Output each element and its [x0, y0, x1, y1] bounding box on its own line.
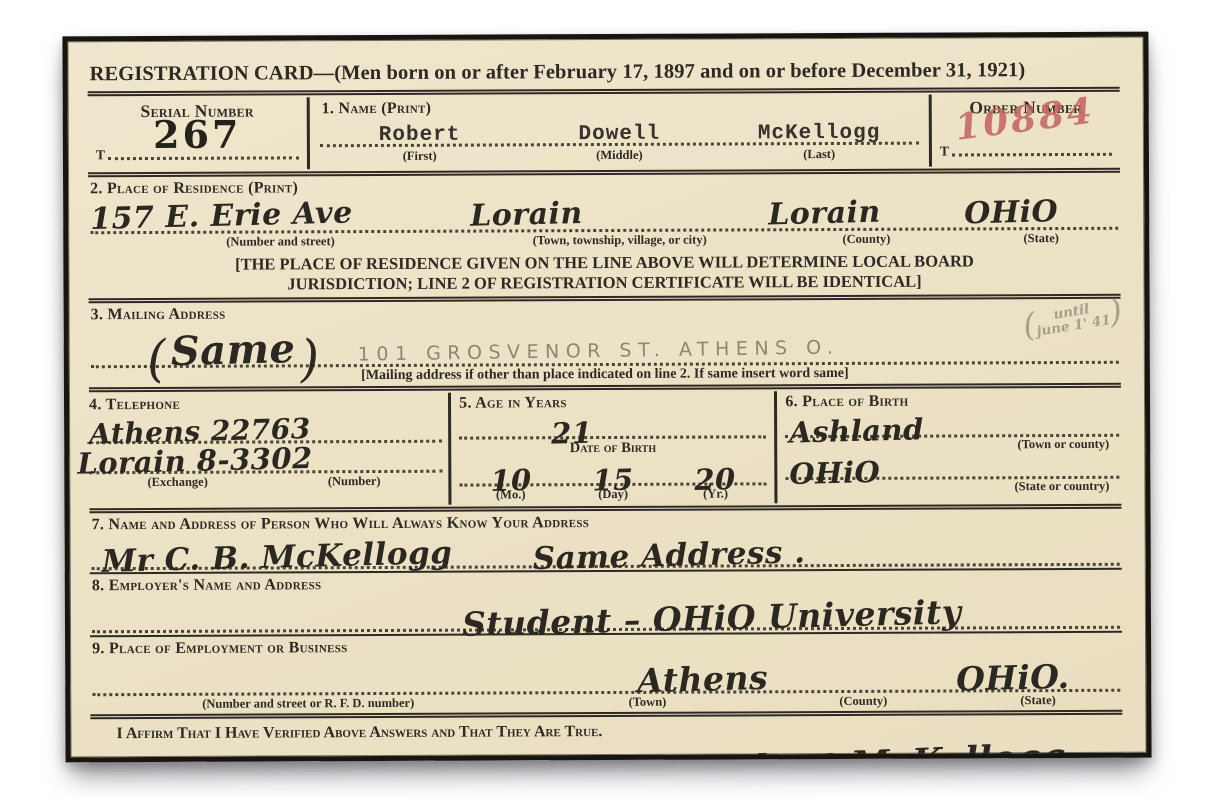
- serial-number-section: Serial Number 267 T: [88, 97, 310, 170]
- name-middle-cell: Dowell: [519, 120, 719, 144]
- residence-county-value: Lorain: [768, 195, 881, 233]
- mailing-write-line: ( Same ) 101 GROSVENOR ST. ATHENS O. ( u…: [91, 319, 1119, 367]
- footer-row: D. S. S. Form 1 (Revised 1-1-42) (over) …: [91, 746, 1123, 762]
- contact-write-line: Mr C. B. McKellogg Same Address .: [92, 529, 1120, 569]
- note-paren-close: ): [1108, 298, 1124, 325]
- name-first-value: Robert: [379, 124, 461, 147]
- caption-county: (County): [769, 231, 964, 247]
- residence-town-value: Lorain: [470, 196, 583, 234]
- name-first-cell: Robert: [320, 120, 520, 144]
- card-content: REGISTRATION CARD—(Men born on or after …: [67, 37, 1146, 758]
- caption-number-street: (Number and street): [90, 234, 470, 251]
- dob-year-cell: 20: [664, 456, 767, 482]
- dob-day-value: 15: [592, 462, 634, 497]
- order-dotted-line: [952, 153, 1112, 157]
- residence-street-value: 157 E. Erie Ave: [90, 195, 353, 237]
- caption-last: (Last): [719, 147, 919, 163]
- serial-dotted-line: [108, 156, 299, 160]
- name-captions: (First) (Middle) (Last): [320, 147, 919, 165]
- employer-write-line: Student – OHiO University: [92, 590, 1120, 632]
- date-of-birth-label: Date of Birth: [459, 439, 766, 457]
- contact-name-value: Mr C. B. McKellogg: [101, 535, 453, 580]
- age-label: 5. Age in Years: [459, 393, 766, 412]
- order-write-line: T: [940, 143, 1112, 160]
- residence-state-value: OHiO: [964, 194, 1059, 231]
- mailing-pencil-value: 101 GROSVENOR ST. ATHENS O.: [357, 336, 839, 365]
- birthplace-state-value: OHiO: [789, 454, 881, 490]
- telephone-line-2: Lorain 8-3302: [89, 442, 442, 474]
- residence-write-line: 157 E. Erie Ave Lorain Lorain OHiO: [90, 194, 1118, 234]
- serial-name-order-row: Serial Number 267 T 1. Name (Print) Robe…: [88, 94, 1120, 171]
- card-title: REGISTRATION CARD—(Men born on or after …: [90, 59, 1118, 86]
- name-section: 1. Name (Print) Robert Dowell McKellogg …: [310, 95, 930, 170]
- scan-page: REGISTRATION CARD—(Men born on or after …: [0, 0, 1208, 798]
- contact-section: 7. Name and Address of Person Who Will A…: [90, 510, 1122, 570]
- telephone-line-1: Athens 22763: [89, 412, 442, 444]
- dob-year-value: 20: [694, 462, 736, 497]
- paren-open: (: [146, 341, 168, 377]
- age-write-line: 21: [459, 411, 766, 439]
- employer-section: 8. Employer's Name and Address Student –…: [90, 571, 1122, 633]
- serial-write-line: T: [96, 146, 299, 163]
- dob-write-line: 10 15 20: [459, 456, 766, 486]
- dob-month-value: 10: [490, 462, 532, 497]
- residence-county-cell: Lorain: [769, 195, 964, 228]
- order-prefix: T: [940, 144, 949, 160]
- residence-captions: (Number and street) (Town, township, vil…: [90, 231, 1118, 250]
- birthplace-label: 6. Place of Birth: [785, 391, 1119, 410]
- employment-town-value: Athens: [637, 658, 769, 700]
- dob-day-cell: 15: [562, 456, 665, 482]
- form-number: D. S. S. Form 1: [91, 758, 211, 762]
- residence-state-cell: OHiO: [964, 195, 1118, 228]
- name-middle-value: Dowell: [578, 123, 660, 146]
- caption-town: (Town, township, village, or city): [471, 232, 769, 248]
- employment-state-value: OHiO.: [955, 656, 1069, 698]
- contact-address-value: Same Address .: [532, 534, 806, 577]
- signature-block: Robert McKellogg (Registrant's signature…: [699, 746, 1122, 762]
- residence-section: 2. Place of Residence (Print) 157 E. Eri…: [88, 175, 1120, 295]
- residence-town-cell: Lorain: [470, 196, 768, 229]
- residence-street-cell: 157 E. Erie Ave: [90, 198, 470, 232]
- mailing-same-value: Same: [170, 325, 296, 375]
- local-board-notice: [THE PLACE OF RESIDENCE GIVEN ON THE LIN…: [90, 251, 1118, 295]
- mailing-section: 3. Mailing Address ( Same ) 101 GROSVENO…: [89, 300, 1121, 385]
- caption-street-rfd: (Number and street or R. F. D. number): [92, 695, 524, 712]
- dob-month-cell: 10: [459, 457, 562, 483]
- caption-emp-county: (County): [771, 693, 956, 709]
- serial-prefix: T: [96, 147, 105, 163]
- birthplace-town-value: Ashland: [789, 412, 924, 449]
- employment-section: 9. Place of Employment or Business Athen…: [90, 634, 1122, 712]
- order-number-section: Order Number 10884 T: [929, 94, 1120, 167]
- name-write-line: Robert Dowell McKellogg: [320, 119, 919, 148]
- caption-first: (First): [320, 148, 520, 164]
- name-last-cell: McKellogg: [719, 119, 919, 143]
- employment-write-line: Athens OHiO.: [92, 653, 1120, 695]
- age-value: 21: [551, 415, 593, 450]
- caption-number: (Number): [266, 473, 443, 489]
- birthplace-town-line: Ashland: [785, 409, 1119, 437]
- telephone-age-birth-row: 4. Telephone Athens 22763 Lorain 8-3302 …: [89, 389, 1121, 506]
- birthplace-state-line: OHiO: [786, 451, 1120, 479]
- form-id-block: D. S. S. Form 1 (Revised 1-1-42): [91, 758, 211, 762]
- telephone-section: 4. Telephone Athens 22763 Lorain 8-3302 …: [89, 392, 449, 506]
- name-label: 1. Name (Print): [322, 98, 917, 119]
- telephone-label: 4. Telephone: [89, 394, 442, 414]
- registration-card: REGISTRATION CARD—(Men born on or after …: [62, 32, 1151, 763]
- caption-middle: (Middle): [520, 148, 720, 164]
- birthplace-section: 6. Place of Birth Ashland (Town or count…: [777, 389, 1121, 502]
- paren-close: ): [298, 340, 320, 376]
- name-last-value: McKellogg: [758, 122, 881, 146]
- caption-state: (State): [964, 231, 1118, 247]
- age-section: 5. Age in Years 21 Date of Birth 10 15 2…: [448, 391, 778, 504]
- telephone-value-2: Lorain 8-3302: [77, 440, 313, 480]
